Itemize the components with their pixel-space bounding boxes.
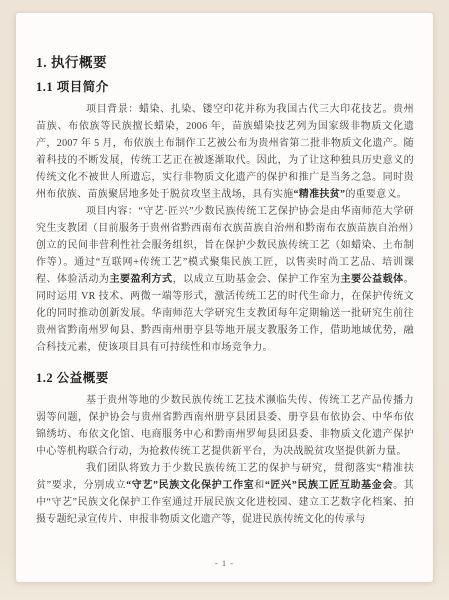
paragraph-project-background: 项目背景：蜡染、扎染、镂空印花并称为我国古代三大印花技艺。贵州苗族、布依族等民族… [36, 101, 414, 203]
text-segment-bold: 主要公益载体 [341, 274, 404, 285]
section-heading-1-1: 1.1 项目简介 [36, 80, 414, 95]
text-segment: 的重要意义。 [345, 189, 407, 200]
text-segment-bold: 主要盈利方式 [110, 274, 173, 285]
text-segment: 。同时运用 VR 技术、两微一端等形式，激活传统工艺的时代生命力，在保护传统文化… [36, 274, 414, 353]
photo-background: 1. 执行概要 1.1 项目简介 项目背景：蜡染、扎染、镂空印花并称为我国古代三… [0, 0, 449, 600]
text-segment: 和 [254, 480, 265, 491]
text-segment-bold: “精准扶贫” [294, 189, 346, 200]
paragraph-charity-overview: 基于贵州等地的少数民族传统工艺技术濒临失传、传统工艺产品传播力弱等问题，保护协会… [36, 392, 414, 460]
paragraph-team-plan: 我们团队将致力于少数民族传统工艺的保护与研究，贯彻落实“精准扶贫”要求，分别成立… [36, 460, 414, 528]
document-page: 1. 执行概要 1.1 项目简介 项目背景：蜡染、扎染、镂空印花并称为我国古代三… [16, 13, 433, 582]
text-segment-bold: “匠兴”民族工匠互助基金会 [265, 480, 393, 491]
section-heading-1-2: 1.2 公益概要 [36, 371, 414, 386]
page-number: - 1 - [16, 558, 433, 568]
text-segment: ，以成立互助基金会、保护工作室为 [173, 274, 341, 285]
text-segment: 项目背景：蜡染、扎染、镂空印花并称为我国古代三大印花技艺。贵州苗族、布依族等民族… [36, 104, 414, 200]
text-segment-bold: “守艺”民族文化保护工作室 [126, 480, 254, 491]
doc-title: 1. 执行概要 [36, 55, 414, 71]
text-segment: 基于贵州等地的少数民族传统工艺技术濒临失传、传统工艺产品传播力弱等问题，保护协会… [36, 395, 414, 457]
paragraph-project-content: 项目内容：“守艺·匠兴”少数民族传统工艺保护协会是由华南师范大学研究生支教团（目… [36, 203, 414, 356]
